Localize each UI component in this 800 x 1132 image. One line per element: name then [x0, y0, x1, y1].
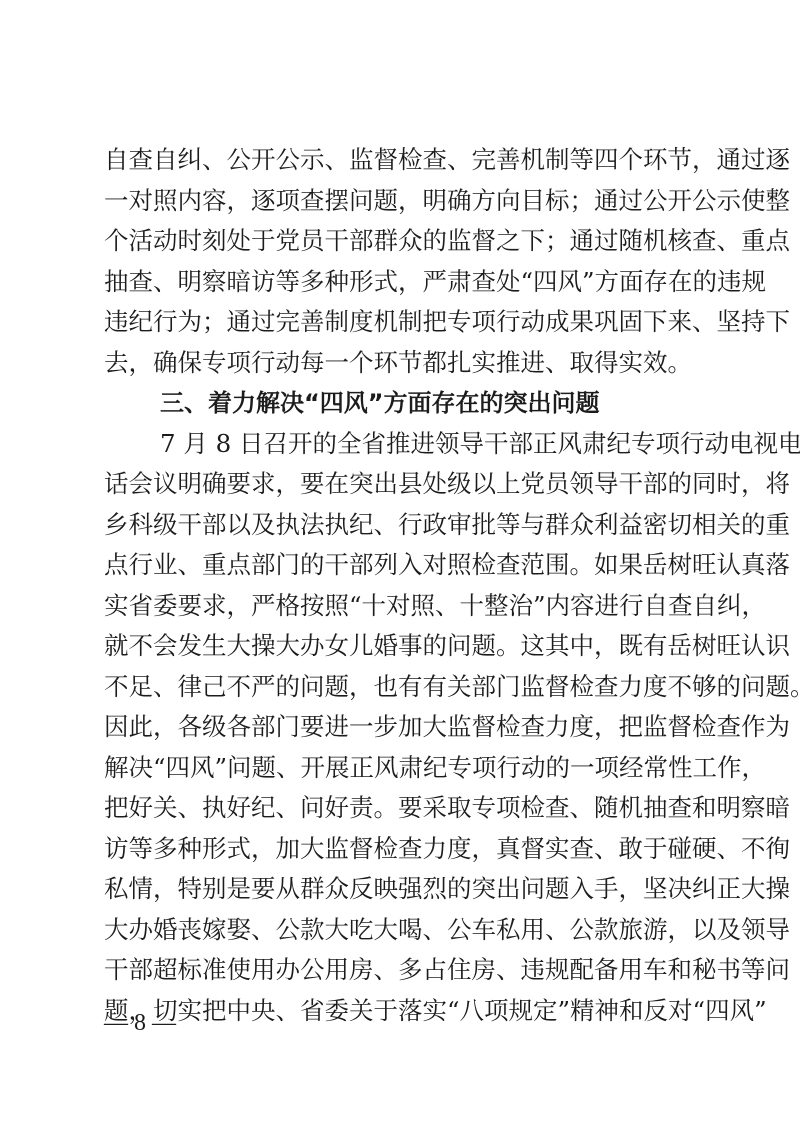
text-line: 个活动时刻处于党员干部群众的监督之下；通过随机核查、重点 [104, 221, 698, 261]
text-line: 访等多种形式，加大监督检查力度，真督实查、敢于碰硬、不徇 [104, 829, 698, 869]
text-line: 7 月 8 日召开的全省推进领导干部正风肃纪专项行动电视电 [160, 424, 698, 464]
text-line: 私情，特别是要从群众反映强烈的突出问题入手，坚决纠正大操 [104, 869, 698, 909]
text-line: 干部超标准使用办公用房、多占住房、违规配备用车和秘书等问 [104, 950, 698, 990]
section-heading: 三、着力解决“四风”方面存在的突出问题 [160, 383, 698, 423]
text-line: 一对照内容，逐项查摆问题，明确方向目标；通过公开公示使整 [104, 181, 698, 221]
text-line: 不足、律己不严的问题，也有有关部门监督检查力度不够的问题。 [104, 667, 698, 707]
text-line: 解决“四风”问题、开展正风肃纪专项行动的一项经常性工作， [104, 748, 698, 788]
text-line: 自查自纠、公开公示、监督检查、完善机制等四个环节，通过逐 [104, 140, 698, 180]
text-line: 违纪行为；通过完善制度机制把专项行动成果巩固下来、坚持下 [104, 302, 698, 342]
text-line: 把好关、执好纪、问好责。要采取专项检查、随机抽查和明察暗 [104, 788, 698, 828]
text-line: 因此，各级各部门要进一步加大监督检查力度，把监督检查作为 [104, 707, 698, 747]
text-line: 实省委要求，严格按照“十对照、十整治”内容进行自查自纠， [104, 586, 698, 626]
text-line: 就不会发生大操大办女儿婚事的问题。这其中，既有岳树旺认识 [104, 626, 698, 666]
text-line: 话会议明确要求，要在突出县处级以上党员领导干部的同时，将 [104, 464, 698, 504]
text-line: 题，切实把中央、省委关于落实“八项规定”精神和反对“四风” [104, 991, 698, 1031]
text-line: 点行业、重点部门的干部列入对照检查范围。如果岳树旺认真落 [104, 545, 698, 585]
text-line: 乡科级干部以及执法执纪、行政审批等与群众利益密切相关的重 [104, 505, 698, 545]
text-line: 大办婚丧嫁娶、公款大吃大喝、公车私用、公款旅游，以及领导 [104, 910, 698, 950]
document-page: 自查自纠、公开公示、监督检查、完善机制等四个环节，通过逐 一对照内容，逐项查摆问… [0, 0, 800, 1132]
page-number: — 8 — [104, 1010, 176, 1037]
text-line: 去，确保专项行动每一个环节都扎实推进、取得实效。 [104, 343, 698, 383]
text-line: 抽查、明察暗访等多种形式，严肃查处“四风”方面存在的违规 [104, 262, 698, 302]
